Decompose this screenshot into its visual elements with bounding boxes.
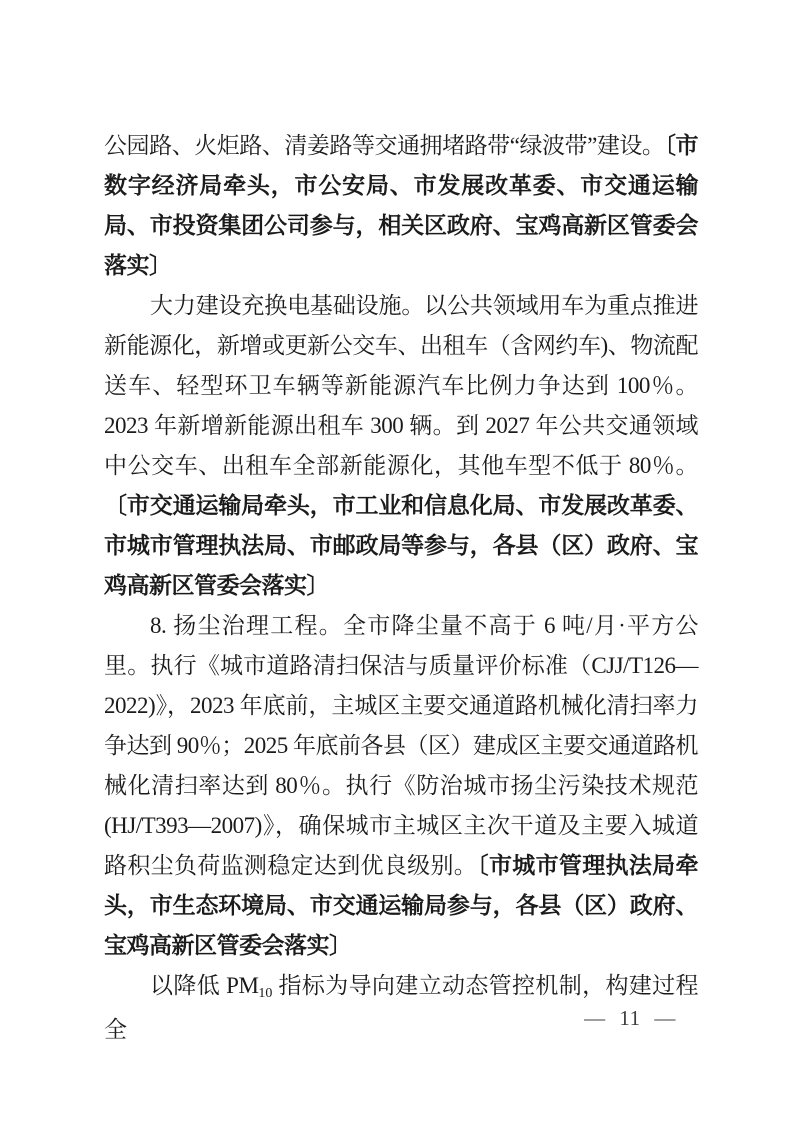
document-page: 公园路、火炬路、清姜路等交通拥堵路带“绿波带”建设。〔市数字经济局牵头，市公安局… <box>0 0 800 1131</box>
document-body: 公园路、火炬路、清姜路等交通拥堵路带“绿波带”建设。〔市数字经济局牵头，市公安局… <box>104 126 698 1050</box>
page-number: — 11 — <box>555 1004 705 1032</box>
body-text: 8. 扬尘治理工程。全市降尘量不高于 6 吨/月·平方公里。执行《城市道路清扫保… <box>104 613 698 878</box>
body-text: 以降低 PM <box>150 973 258 998</box>
body-text: 公园路、火炬路、清姜路等交通拥堵路带“绿波带”建设。 <box>104 133 664 158</box>
subscript-text: 10 <box>258 986 272 1001</box>
responsibility-clause: 〔市交通运输局牵头，市工业和信息化局、市发展改革委、市城市管理执法局、市邮政局等… <box>104 493 698 598</box>
para-dust-control-project: 8. 扬尘治理工程。全市降尘量不高于 6 吨/月·平方公里。执行《城市道路清扫保… <box>104 606 698 966</box>
para-charging-infrastructure: 大力建设充换电基础设施。以公共领域用车为重点推进新能源化，新增或更新公交车、出租… <box>104 286 698 606</box>
para-green-wave-continuation: 公园路、火炬路、清姜路等交通拥堵路带“绿波带”建设。〔市数字经济局牵头，市公安局… <box>104 126 698 286</box>
body-text: 大力建设充换电基础设施。以公共领域用车为重点推进新能源化，新增或更新公交车、出租… <box>104 293 698 478</box>
